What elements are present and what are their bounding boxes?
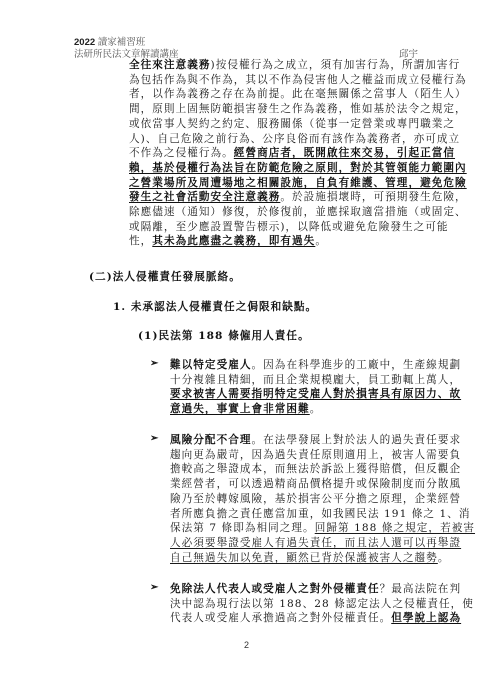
body-text: 。在法學發展上對於法人的過失責任要求 xyxy=(252,434,462,446)
body-text: 性， xyxy=(129,235,152,247)
body-text: 十分複雜且精細，而且企業規模龐大，員工動輒上萬人， xyxy=(170,374,461,386)
emphasis-text: 其未為此應盡之義務，即有過失 xyxy=(152,235,315,247)
text-line: 要求被害人需要指明特定受雇人對於損害具有原因力、故 xyxy=(170,387,461,401)
body-text: 。 xyxy=(438,552,450,564)
text-line: 免除法人代表人或受雇人之對外侵權責任？最高法院在判 xyxy=(170,582,461,596)
body-text: 。於設施損壞時，可預期發生危險， xyxy=(280,191,466,203)
text-line: 人必須要舉證受雇人有過失責任，而且法人還可以再舉證 xyxy=(170,536,461,550)
text-line: 業經營者，可以透過精商品價格提升或保險制度而分散風 xyxy=(170,477,461,491)
text-line: 為包括作為與不作為，其以不作為侵害他人之權益而成立侵權行為 xyxy=(129,73,467,87)
section-heading-2: (二)法人侵權責任發展脈絡。 xyxy=(89,270,241,284)
text-line: 保法第 7 條即為相同之理。回歸第 188 條之規定，若被害 xyxy=(170,521,475,535)
text-line: 不作為之侵權行為。經營商店者，既開啟往來交易，引起正當信 xyxy=(129,146,455,160)
text-line: 除應儘速（通知）修復，於修復前，並應採取適當措施（或固定、 xyxy=(129,205,467,219)
body-text: 自己無過失加以免責，顯然已背於保護被害人之趨勢 xyxy=(170,552,438,564)
header-school: 讀家補習班 xyxy=(95,37,145,48)
bullet-arrow-icon: ➢ xyxy=(150,433,158,444)
body-text: 人必須要舉證受雇人有過失責任，而且法人還可以再舉證 xyxy=(170,537,461,549)
emphasis-text: 難以特定受雇人 xyxy=(170,359,252,371)
body-text: 保法第 7 條即為相同之理。 xyxy=(170,522,315,534)
text-line: 間，原則上固無防範損害發生之作為義務，惟如基於法令之規定， xyxy=(129,102,467,116)
text-line: 者，以作為義務之存在為前提。此在毫無關係之當事人（陌生人） xyxy=(129,87,467,101)
body-text: 。 xyxy=(310,403,322,415)
body-text: 趨向更為嚴苛，因為過失責任原則適用上，被害人需要負 xyxy=(170,449,461,461)
body-text: 代表人或受雇人承擔過高之對外侵權責任。 xyxy=(170,612,391,624)
emphasis-text: 要求被害人需要指明特定受雇人對於損害具有原因力、故 xyxy=(170,388,461,400)
body-text: ？最高法院在判 xyxy=(380,583,462,595)
body-text: 人)、自己危險之前行為、公序良俗而有該作為義務者，亦可成立 xyxy=(129,133,460,145)
text-line: 之營業場所及周遭場地之相關設施，自負有維護、管理，避免危險 xyxy=(129,176,467,190)
body-text: 業經營者，可以透過精商品價格提升或保險制度而分散風 xyxy=(170,478,461,490)
text-line: 賴，基於侵權行為法旨在防範危險之原則，對於其管領能力範圍內 xyxy=(129,161,467,175)
emphasis-text: 之營業場所及周遭場地之相關設施，自負有維護、管理，避免危險 xyxy=(129,177,467,189)
body-text: 除應儘速（通知）修復，於修復前，並應採取適當措施（或固定、 xyxy=(129,206,467,218)
body-text: 回歸第 188 條之規定，若被害 xyxy=(315,522,475,534)
item-heading-1: 1. 未承認法人侵權責任之侷限和缺點。 xyxy=(113,300,317,314)
text-line: 擔較高之舉證成本，而無法於訴訟上獲得賠償，但反觀企 xyxy=(170,462,461,476)
text-line: 發生之社會活動安全注意義務。於設施損壞時，可預期發生危險， xyxy=(129,190,467,204)
body-text: 或隔離，至少應設置警告標示)，以降低或避免危險發生之可能 xyxy=(129,221,449,233)
body-text: )按侵權行為之成立，須有加害行為，所謂加害行 xyxy=(211,59,461,71)
text-line: 代表人或受雇人承擔過高之對外侵權責任。但學說上認為 xyxy=(170,611,461,625)
body-text: 者，以作為義務之存在為前提。此在毫無關係之當事人（陌生人） xyxy=(129,88,467,100)
text-line: 意過失，事實上會非常困難。 xyxy=(170,402,321,416)
text-line: 者所應負擔之責任應當加重，如我國民法 191 條之 1、消 xyxy=(170,507,471,521)
bullet-arrow-icon: ➢ xyxy=(150,582,158,593)
text-line: 險乃至於轉嫁風險，基於損害公平分擔之原理，企業經營 xyxy=(170,492,461,506)
body-text: 者所應負擔之責任應當加重，如我國民法 191 條之 1、消 xyxy=(170,508,471,520)
text-line: 性，其未為此應盡之義務，即有過失。 xyxy=(129,234,327,248)
bullet-arrow-icon: ➢ xyxy=(150,358,158,369)
body-text: 為包括作為與不作為，其以不作為侵害他人之權益而成立侵權行為 xyxy=(129,74,467,86)
text-line: 風險分配不合理。在法學發展上對於法人的過失責任要求 xyxy=(170,433,461,447)
text-line: 十分複雜且精細，而且企業規模龐大，員工動輒上萬人， xyxy=(170,373,461,387)
emphasis-text: 全往來注意義務 xyxy=(129,59,211,71)
emphasis-text: 風險分配不合理 xyxy=(170,434,252,446)
text-line: 人)、自己危險之前行為、公序良俗而有該作為義務者，亦可成立 xyxy=(129,132,460,146)
text-line: 全往來注意義務)按侵權行為之成立，須有加害行為，所謂加害行 xyxy=(129,58,460,72)
text-line: 或依當事人契約之約定、服務關係（從事一定營業或專門職業之 xyxy=(129,117,455,131)
emphasis-text: 賴，基於侵權行為法旨在防範危險之原則，對於其管領能力範圍內 xyxy=(129,162,467,174)
text-line: 自己無過失加以免責，顯然已背於保護被害人之趨勢。 xyxy=(170,551,449,565)
body-text: 不作為之侵權行為。 xyxy=(129,147,234,159)
page-number: 2 xyxy=(244,640,249,650)
body-text: 險乃至於轉嫁風險，基於損害公平分擔之原理，企業經營 xyxy=(170,493,461,505)
body-text: 。因為在科學進步的工廠中，生產線規劃 xyxy=(252,359,462,371)
emphasis-text: 但學說上認為 xyxy=(391,612,461,624)
body-text: 決中認為現行法以第 188、28 條認定法人之侵權責任，使 xyxy=(170,598,474,610)
emphasis-text: 發生之社會活動安全注意義務 xyxy=(129,191,280,203)
text-line: 難以特定受雇人。因為在科學進步的工廠中，生產線規劃 xyxy=(170,358,461,372)
emphasis-text: 意過失，事實上會非常困難 xyxy=(170,403,310,415)
header-year: 2022 xyxy=(74,37,95,48)
body-text: 間，原則上固無防範損害發生之作為義務，惟如基於法令之規定， xyxy=(129,103,467,115)
text-line: 趨向更為嚴苛，因為過失責任原則適用上，被害人需要負 xyxy=(170,448,461,462)
emphasis-text: 經營商店者，既開啟往來交易，引起正當信 xyxy=(234,147,455,159)
text-line: 或隔離，至少應設置警告標示)，以降低或避免危險發生之可能 xyxy=(129,220,449,234)
body-text: 。 xyxy=(315,235,327,247)
emphasis-text: 免除法人代表人或受雇人之對外侵權責任 xyxy=(170,583,380,595)
body-text: 或依當事人契約之約定、服務關係（從事一定營業或專門職業之 xyxy=(129,118,455,130)
text-line: 決中認為現行法以第 188、28 條認定法人之侵權責任，使 xyxy=(170,597,474,611)
body-text: 擔較高之舉證成本，而無法於訴訟上獲得賠償，但反觀企 xyxy=(170,463,461,475)
sub-heading-1: (1)民法第 188 條僱用人責任。 xyxy=(138,329,310,343)
